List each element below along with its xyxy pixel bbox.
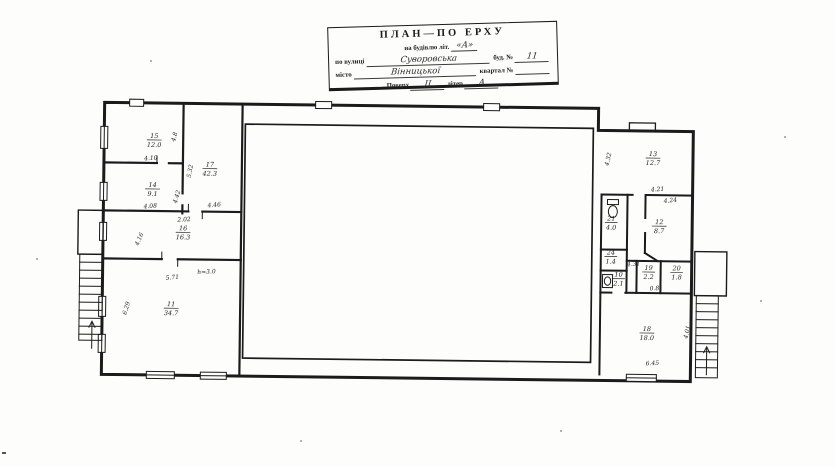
room-label-num: 24 (606, 249, 615, 257)
room-label-num: 12 (655, 218, 663, 226)
room-label-area: 4.0 (605, 224, 616, 232)
room-label-area: 12.7 (646, 159, 661, 167)
scan-speckle (560, 430, 562, 432)
room-label-num: 21 (606, 215, 615, 223)
scan-speckle (300, 440, 302, 442)
dimension-label: 4.31 (626, 260, 641, 268)
dimension-label: 4.10 (143, 155, 158, 163)
room-label-num: 20 (671, 264, 680, 272)
scan-speckle (760, 300, 762, 302)
room-label-num: 17 (206, 161, 215, 169)
room-label-num: 13 (649, 150, 657, 158)
floor-plan-drawing: 15 12.0 14 9.1 17 42.3 16 16.3 11 34.7 1… (0, 0, 835, 467)
room-label-num: 14 (148, 181, 156, 189)
dimension-label: 5.71 (165, 274, 179, 282)
room-label-area: 9.1 (147, 190, 157, 198)
scanned-floor-plan-page: { "colors": { "ink": "#1b1b1b", "paper":… (0, 0, 835, 467)
room-label-area: 1.4 (606, 258, 616, 266)
stairs-up-arrow-icon (703, 347, 709, 375)
room-label-area: 42.3 (202, 170, 218, 178)
room-label-area: 16.3 (176, 233, 191, 241)
room-label-area: 18.0 (640, 334, 655, 342)
scan-speckle (36, 258, 38, 260)
dimension-label: h=3.0 (197, 268, 216, 276)
scan-speckle (784, 136, 786, 138)
room-label-num: 18 (643, 325, 651, 333)
room-label-num: 11 (167, 300, 175, 308)
room-label-area: 2.2 (642, 273, 653, 281)
left-rooms-walls (101, 102, 242, 376)
dimension-label: 4.8 (170, 131, 179, 143)
dimension-label: 5.32 (186, 164, 195, 179)
scan-speckle (2, 452, 6, 454)
scan-speckle (150, 60, 152, 62)
dimension-label: 0.81 (649, 285, 663, 293)
right-landing (694, 252, 727, 296)
room-label-area: 2.1 (612, 280, 623, 288)
dimension-label: 4.42 (172, 189, 183, 205)
room-label-area: 1.8 (671, 273, 681, 281)
room-label-num: 15 (150, 132, 158, 140)
room-label-num: 10 (614, 271, 622, 279)
building-outline (101, 102, 693, 381)
room-label-num: 19 (644, 264, 652, 272)
dimension-label: 2.02 (176, 216, 191, 224)
room-label-area: 34.7 (164, 309, 179, 317)
dimension-label: 4.16 (133, 232, 145, 248)
room-label-area: 8.7 (654, 227, 665, 235)
windows (98, 99, 660, 385)
main-hall-walls (243, 124, 594, 362)
dimension-label: 4.32 (603, 152, 613, 168)
dimension-label: 6.45 (646, 360, 660, 368)
dimension-label: 4.21 (650, 186, 665, 194)
dimension-label: 6.29 (121, 301, 132, 316)
room-label-area: 12.0 (147, 141, 162, 149)
dimension-label: 4.46 (206, 201, 221, 209)
sink-icon (602, 274, 612, 287)
dimension-label: 4.24 (662, 197, 677, 205)
dimension-label: 4.08 (142, 203, 157, 211)
room-label-num: 16 (179, 224, 187, 232)
